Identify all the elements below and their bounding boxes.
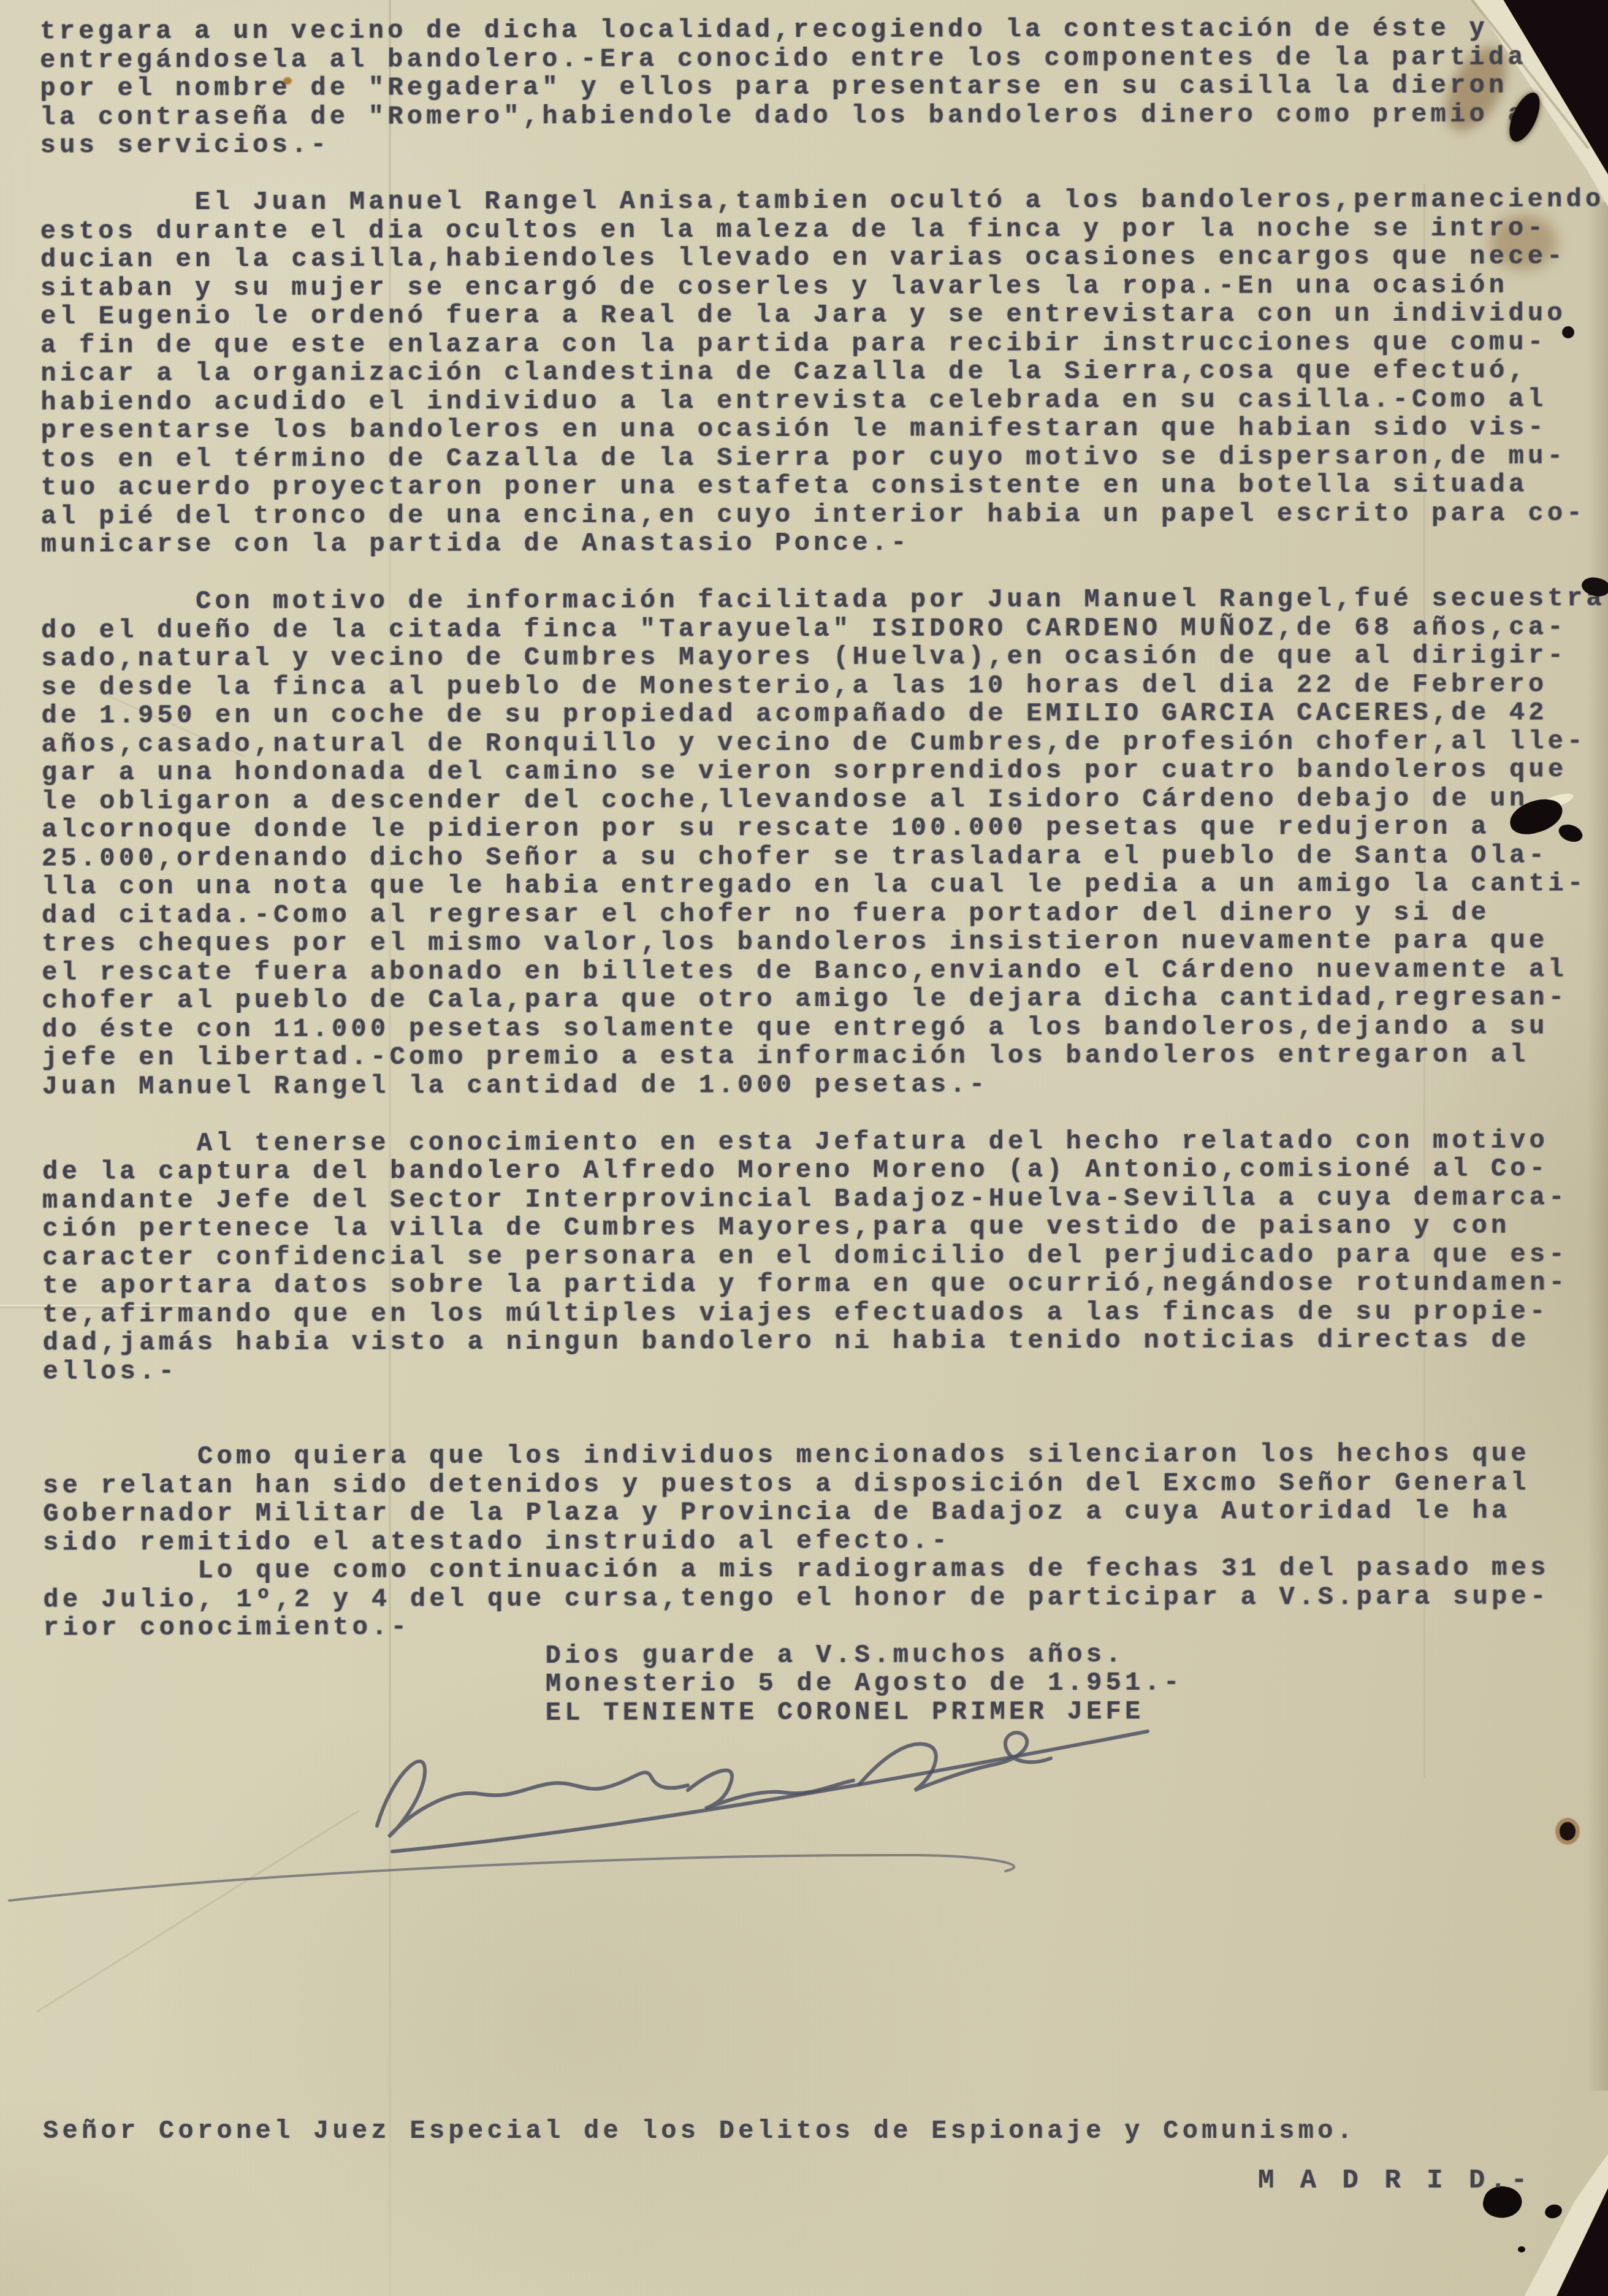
typed-line: por el nombre de "Regadera" y ellos para… xyxy=(40,71,1591,103)
typed-line: presentarse los bandoleros en una ocasió… xyxy=(40,413,1591,445)
typed-line: al pié del tronco de una encina,en cuyo … xyxy=(41,499,1592,531)
typed-line: el rescate fuera abonado en billetes de … xyxy=(42,955,1593,987)
typed-line: se desde la finca al pueblo de Monesteri… xyxy=(41,670,1592,702)
typed-line xyxy=(41,556,1592,588)
typed-line: a fin de que este enlazara con la partid… xyxy=(40,328,1591,360)
typed-line: chofer al pueblo de Cala,para que otro a… xyxy=(42,983,1593,1015)
typed-line: Como quiera que los individuos mencionad… xyxy=(43,1440,1594,1471)
typed-line: de Julio, 1º,2 y 4 del que cursa,tengo e… xyxy=(43,1582,1594,1614)
typed-line: Dios guarde a V.S.muchos años. xyxy=(44,1639,1595,1671)
typed-line: se relatan han sido detenidos y puestos … xyxy=(43,1468,1594,1500)
typed-line xyxy=(43,1383,1594,1414)
typed-line: tuo acuerdo proyectaron poner una estafe… xyxy=(41,470,1592,502)
typed-line: rior conocimiento.- xyxy=(44,1611,1595,1642)
typed-line: Gobernador Militar de la Plaza y Provinc… xyxy=(43,1497,1594,1528)
typed-line: tregara a un vecino de dicha localidad,r… xyxy=(40,14,1591,46)
typed-line: do el dueño de la citada finca "Tarayuel… xyxy=(41,613,1592,645)
footer-addressee: Señor Coronel Juez Especial de los Delit… xyxy=(43,2116,1356,2146)
typed-line xyxy=(43,1411,1594,1443)
typed-line: ducian en la casilla,habiendoles llevado… xyxy=(40,242,1591,274)
typed-line: Juan Manuel Rangel la cantidad de 1.000 … xyxy=(42,1069,1593,1101)
handwritten-signature xyxy=(0,1697,1287,1936)
typed-line: te,afirmando que en los múltiples viajes… xyxy=(42,1297,1593,1329)
typed-line: dad,jamás habia visto a ningun bandolero… xyxy=(43,1325,1594,1357)
typed-text-block: tregara a un vecino de dicha localidad,r… xyxy=(40,14,1595,1728)
typed-line: de la captura del bandolero Alfredo More… xyxy=(42,1154,1593,1186)
typed-line: el Eugenio le ordenó fuera a Real de la … xyxy=(40,299,1591,331)
typed-line: sado,natural y vecino de Cumbres Mayores… xyxy=(41,641,1592,673)
typed-line xyxy=(40,157,1591,189)
typed-line: ellos.- xyxy=(43,1354,1594,1386)
typed-line: años,casado,natural de Ronquillo y vecin… xyxy=(42,727,1593,759)
typed-line: tos en el término de Cazalla de la Sierr… xyxy=(41,442,1592,474)
typed-line xyxy=(42,1097,1593,1129)
typed-line: jefe en libertad.-Como premio a esta inf… xyxy=(42,1040,1593,1072)
typed-line: Lo que como continuación a mis radiogram… xyxy=(43,1554,1594,1585)
typed-line: lla con una nota que le habia entregado … xyxy=(42,869,1593,901)
typed-line: El Juan Manuel Rangel Anisa,tambien ocul… xyxy=(40,185,1591,217)
typed-line: Con motivo de información facilitada por… xyxy=(41,584,1592,616)
typed-line: mandante Jefe del Sector Interprovincial… xyxy=(42,1183,1593,1215)
typed-line: sus servicios.- xyxy=(40,128,1591,160)
typed-line: do éste con 11.000 pesetas solamente que… xyxy=(42,1012,1593,1044)
typed-line: entregándosela al bandolero.-Era conocid… xyxy=(40,43,1591,75)
typed-line: estos durante el dia ocultos en la malez… xyxy=(40,214,1591,246)
typed-line: tres cheques por el mismo valor,los band… xyxy=(42,926,1593,958)
typed-line: municarse con la partida de Anastasio Po… xyxy=(41,527,1592,559)
typed-line: te aportara datos sobre la partida y for… xyxy=(42,1268,1593,1300)
typed-line: 25.000,ordenando dicho Señor a su chofer… xyxy=(42,841,1593,873)
typed-line: le obligaron a descender del coche,lleva… xyxy=(42,784,1593,816)
scanned-document-page: { "page": { "kind": "typewritten officia… xyxy=(0,0,1608,2296)
typed-line: gar a una hondonada del camino se vieron… xyxy=(42,755,1593,787)
typed-line: Al tenerse conocimiento en esta Jefatura… xyxy=(42,1126,1593,1158)
typed-line: Monesterio 5 de Agosto de 1.951.- xyxy=(44,1668,1595,1699)
typed-line: sitaban y su mujer se encargó de coserle… xyxy=(40,271,1591,303)
typed-line: habiendo acudido el individuo a la entre… xyxy=(40,385,1591,417)
typed-line: ción pertenece la villa de Cumbres Mayor… xyxy=(42,1211,1593,1243)
typed-line: alcornoque donde le pidieron por su resc… xyxy=(42,812,1593,844)
typed-line: la contraseña de "Romero",habiendole dad… xyxy=(40,100,1591,132)
typed-line: caracter confidencial se personara en el… xyxy=(42,1240,1593,1272)
typed-line: nicar a la organización clandestina de C… xyxy=(40,356,1591,388)
typed-line: de 1.950 en un coche de su propiedad aco… xyxy=(41,698,1592,730)
typed-line: dad citada.-Como al regresar el chofer n… xyxy=(42,898,1593,930)
footer-city: M A D R I D.- xyxy=(1258,2165,1532,2196)
typed-line: sido remitido el atestado instruido al e… xyxy=(43,1525,1594,1557)
